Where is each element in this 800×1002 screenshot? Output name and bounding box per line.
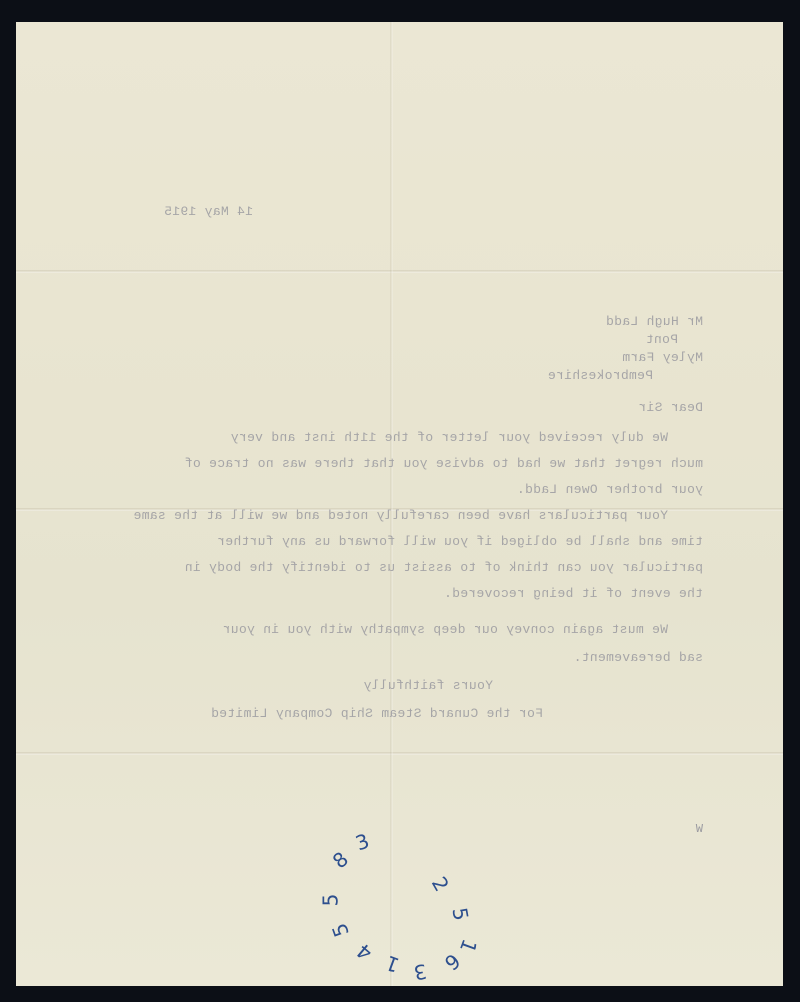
body-line: much regret that we had to advise you th…: [185, 456, 703, 471]
body-line: We must again convey our deep sympathy w…: [222, 622, 668, 637]
body-line: particular you can think of to assist us…: [185, 560, 703, 575]
address-line: Pembrokeshire: [548, 368, 653, 383]
body-line: time and shall be obliged if you will fo…: [217, 534, 703, 549]
address-line: Mr Hugh Ladd: [606, 314, 703, 329]
letter-date: 14 May 1915: [164, 204, 253, 219]
body-line: sad bereavement.: [573, 650, 703, 665]
body-line: the event of it being recovered.: [444, 586, 703, 601]
mirrored-typed-text: 14 May 1915 Mr Hugh Ladd Pont Myley Farm…: [16, 22, 783, 986]
address-line: Pont: [646, 332, 678, 347]
body-line: Your particulars have been carefully not…: [133, 508, 668, 523]
letter-page: 14 May 1915 Mr Hugh Ladd Pont Myley Farm…: [16, 22, 783, 986]
address-line: Myley Farm: [622, 350, 703, 365]
body-line: We duly received your letter of the 11th…: [231, 430, 668, 445]
signature-line: For the Cunard Steam Ship Company Limite…: [211, 706, 543, 721]
salutation: Dear Sir: [638, 400, 703, 415]
body-line: your brother Owen Ladd.: [517, 482, 703, 497]
typist-initials: W: [696, 822, 703, 836]
closing: Yours faithfully: [363, 678, 493, 693]
handwritten-digit: 5: [318, 894, 342, 907]
